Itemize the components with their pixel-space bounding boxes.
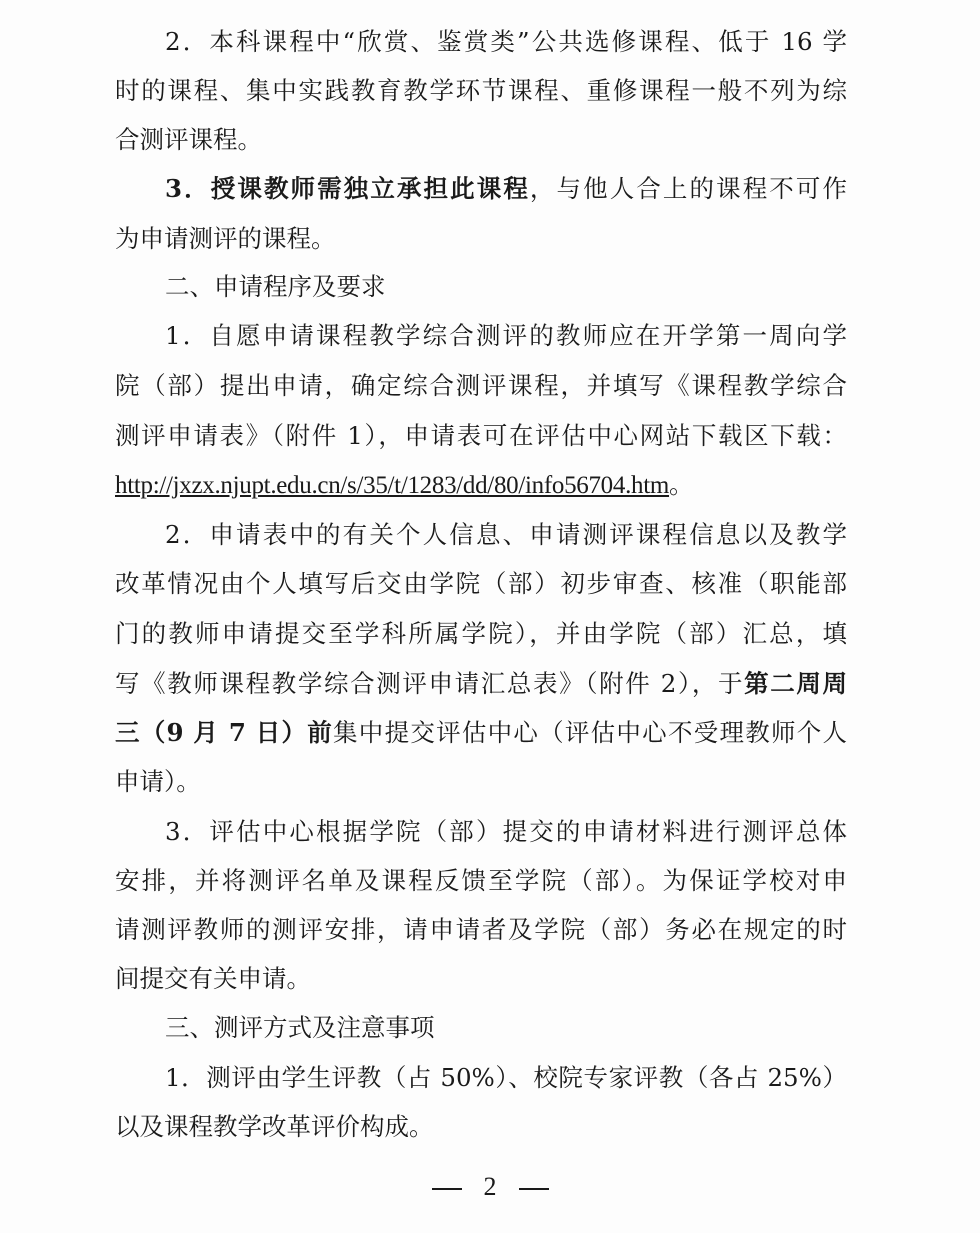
paragraph-line: 时的课程、集中实践教育教学环节课程、重修课程一般不列为综 (115, 71, 847, 111)
page-footer: 2 (0, 1172, 980, 1202)
paragraph-line: 1．测评由学生评教（占 50%）、校院专家评教（各占 25%） (165, 1058, 847, 1098)
paragraph-line: 安排，并将测评名单及课程反馈至学院（部）。为保证学校对申 (115, 861, 847, 901)
paragraph-line: 间提交有关申请。 (115, 959, 847, 999)
dash-right (519, 1188, 549, 1190)
section-heading: 三、测评方式及注意事项 (165, 1008, 847, 1048)
paragraph-line: 院（部）提出申请，确定综合测评课程，并填写《课程教学综合 (115, 366, 847, 406)
paragraph-line: 1．自愿申请课程教学综合测评的教师应在开学第一周向学 (165, 316, 847, 356)
paragraph-line: 3．评估中心根据学院（部）提交的申请材料进行测评总体 (165, 812, 847, 852)
section-heading: 二、申请程序及要求 (165, 267, 847, 307)
download-link[interactable]: http://jxzx.njupt.edu.cn/s/35/t/1283/dd/… (115, 472, 669, 499)
bold-emphasis: 3．授课教师需独立承担此课程 (165, 174, 530, 203)
paragraph-line: 2．本科课程中“欣赏、鉴赏类”公共选修课程、低于 16 学 (165, 22, 847, 62)
document-page: 2．本科课程中“欣赏、鉴赏类”公共选修课程、低于 16 学 时的课程、集中实践教… (0, 0, 980, 1233)
paragraph-line: 合测评课程。 (115, 120, 847, 160)
paragraph-line: 门的教师申请提交至学科所属学院），并由学院（部）汇总，填 (115, 614, 847, 654)
paragraph-line: 2．申请表中的有关个人信息、申请测评课程信息以及教学 (165, 515, 847, 555)
paragraph-line: 测评申请表》（附件 1），申请表可在评估中心网站下载区下载： (115, 416, 847, 456)
paragraph-line: 为申请测评的课程。 (115, 219, 847, 259)
paragraph-line: 请测评教师的测评安排，请申请者及学院（部）务必在规定的时 (115, 910, 847, 950)
paragraph-line: http://jxzx.njupt.edu.cn/s/35/t/1283/dd/… (115, 465, 847, 505)
paragraph-line: 以及课程教学改革评价构成。 (115, 1107, 847, 1147)
dash-left (432, 1188, 462, 1190)
paragraph-line: 改革情况由个人填写后交由学院（部）初步审查、核准（职能部 (115, 564, 847, 604)
paragraph-line: 三（9 月 7 日）前集中提交评估中心（评估中心不受理教师个人 (115, 713, 847, 753)
paragraph-line: 写《教师课程教学综合测评申请汇总表》（附件 2），于第二周周 (115, 664, 847, 704)
text-span: 写《教师课程教学综合测评申请汇总表》（附件 2），于 (115, 669, 744, 698)
page-number: 2 (484, 1172, 497, 1201)
paragraph-line: 3．授课教师需独立承担此课程，与他人合上的课程不可作 (165, 169, 847, 209)
text-span: 集中提交评估中心（评估中心不受理教师个人 (333, 718, 847, 747)
paragraph-line: 申请）。 (115, 762, 847, 802)
bold-emphasis: 第二周周 (744, 669, 847, 698)
text-span: ，与他人合上的课程不可作 (530, 174, 847, 203)
text-span: 。 (669, 470, 694, 499)
deadline-emphasis: 三（9 月 7 日）前 (115, 718, 333, 747)
